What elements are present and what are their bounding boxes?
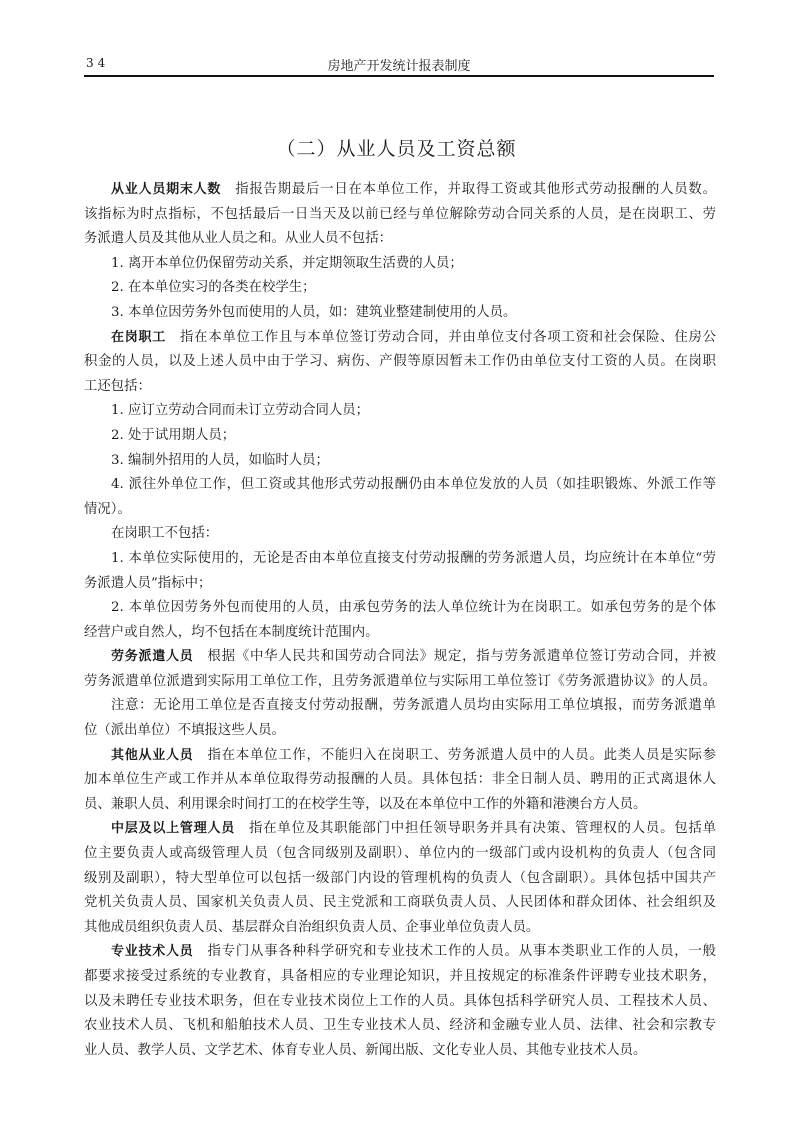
line-text: 1. 应订立劳动合同而未订立劳动合同人员； bbox=[111, 403, 369, 418]
line-text: 指在本单位工作且与本单位签订劳动合同，并由单位支付各项工资和社会保险、住房公 bbox=[180, 330, 716, 345]
text-line: 情况）。 bbox=[84, 498, 716, 523]
line-text: 根据《中华人民共和国劳动合同法》规定，指与劳务派遣单位签订劳动合同，并被 bbox=[208, 649, 716, 664]
text-line: 业人员、教学人员、文学艺术、体育专业人员、新闻出版、文化专业人员、其他专业技术人… bbox=[84, 1039, 716, 1064]
line-text: 工还包括： bbox=[84, 379, 151, 394]
text-line: 该指标为时点指标，不包括最后一日当天及以前已经与单位解除劳动合同关系的人员，是在… bbox=[84, 203, 716, 228]
definition-line: 劳务派遣人员根据《中华人民共和国劳动合同法》规定，指与劳务派遣单位签订劳动合同，… bbox=[84, 645, 716, 670]
line-text: 积金的人员，以及上述人员中由于学习、病伤、产假等原因暂未工作仍由单位支付工资的人… bbox=[84, 354, 716, 369]
text-line: 4. 派往外单位工作，但工资或其他形式劳动报酬仍由本单位发放的人员（如挂职锻炼、… bbox=[84, 473, 716, 498]
definition-line: 其他从业人员指在本单位工作，不能归入在岗职工、劳务派遣人员中的人员。此类人员是实… bbox=[84, 744, 716, 769]
line-text: 情况）。 bbox=[84, 502, 131, 517]
line-text: 以及未聘任专业技术职务，但在专业技术岗位上工作的人员。具体包括科学研究人员、工程… bbox=[84, 994, 716, 1009]
page-header: 34 房地产开发统计报表制度 bbox=[84, 54, 714, 76]
line-text: 业人员、教学人员、文学艺术、体育专业人员、新闻出版、文化专业人员、其他专业技术人… bbox=[84, 1043, 646, 1058]
line-text: 劳务派遣单位派遣到实际用工单位工作，且劳务派遣单位与实际用工单位签订《劳务派遣协… bbox=[84, 674, 716, 689]
text-line: 员、兼职人员、利用课余时间打工的在校学生等，以及在本单位中工作的外籍和港澳台方人… bbox=[84, 793, 716, 818]
line-text: 指专门从事各种科学研究和专业技术工作的人员。从事本类职业工作的人员，一般 bbox=[208, 944, 716, 959]
defined-term: 从业人员期末人数 bbox=[111, 182, 221, 197]
text-line: 在岗职工不包括： bbox=[84, 522, 716, 547]
line-text: 务派遣人员及其他从业人员之和。从业人员不包括： bbox=[84, 231, 392, 246]
line-text: 员、兼职人员、利用课余时间打工的在校学生等，以及在本单位中工作的外籍和港澳台方人… bbox=[84, 797, 646, 812]
definition-line: 从业人员期末人数指报告期最后一日在本单位工作，并取得工资或其他形式劳动报酬的人员… bbox=[84, 178, 716, 203]
line-text: 指报告期最后一日在本单位工作，并取得工资或其他形式劳动报酬的人员数。 bbox=[235, 182, 716, 197]
defined-term: 在岗职工 bbox=[111, 330, 166, 345]
text-line: 以及未聘任专业技术职务，但在专业技术岗位上工作的人员。具体包括科学研究人员、工程… bbox=[84, 990, 716, 1015]
line-text: 该指标为时点指标，不包括最后一日当天及以前已经与单位解除劳动合同关系的人员，是在… bbox=[84, 207, 716, 222]
text-line: 其他成员组织负责人员、基层群众自治组织负责人员、企事业单位负责人员。 bbox=[84, 916, 716, 941]
text-line: 2. 在本单位实习的各类在校学生； bbox=[84, 276, 716, 301]
text-line: 2. 本单位因劳务外包而使用的人员，由承包劳务的法人单位统计为在岗职工。如承包劳… bbox=[84, 596, 716, 621]
text-line: 劳务派遣单位派遣到实际用工单位工作，且劳务派遣单位与实际用工单位签订《劳务派遣协… bbox=[84, 670, 716, 695]
text-line: 2. 处于试用期人员； bbox=[84, 424, 716, 449]
text-line: 级别及副职），特大型单位可以包括一级部门内设的管理机构的负责人（包含副职）。具体… bbox=[84, 867, 716, 892]
line-text: 位（派出单位）不填报这些人员。 bbox=[84, 723, 285, 738]
definition-line: 在岗职工指在本单位工作且与本单位签订劳动合同，并由单位支付各项工资和社会保险、住… bbox=[84, 326, 716, 351]
text-line: 位主要负责人或高级管理人员（包含同级别及副职）、单位内的一级部门或内设机构的负责… bbox=[84, 842, 716, 867]
line-text: 2. 处于试用期人员； bbox=[111, 428, 235, 443]
line-text: 农业技术人员、飞机和船舶技术人员、卫生专业技术人员、经济和金融专业人员、法律、社… bbox=[84, 1018, 716, 1033]
text-line: 1. 本单位实际使用的，无论是否由本单位直接支付劳动报酬的劳务派遣人员，均应统计… bbox=[84, 547, 716, 572]
text-line: 都要求接受过系统的专业教育，具备相应的专业理论知识，并且按规定的标准条件评聘专业… bbox=[84, 965, 716, 990]
running-title: 房地产开发统计报表制度 bbox=[84, 55, 714, 74]
text-line: 农业技术人员、飞机和船舶技术人员、卫生专业技术人员、经济和金融专业人员、法律、社… bbox=[84, 1014, 716, 1039]
text-line: 经营户或自然人，均不包括在本制度统计范围内。 bbox=[84, 621, 716, 646]
line-text: 4. 派往外单位工作，但工资或其他形式劳动报酬仍由本单位发放的人员（如挂职锻炼、… bbox=[111, 477, 716, 492]
line-text: 1. 本单位实际使用的，无论是否由本单位直接支付劳动报酬的劳务派遣人员，均应统计… bbox=[111, 551, 716, 566]
definition-line: 专业技术人员指专门从事各种科学研究和专业技术工作的人员。从事本类职业工作的人员，… bbox=[84, 940, 716, 965]
section-title: （二）从业人员及工资总额 bbox=[0, 134, 793, 161]
line-text: 位主要负责人或高级管理人员（包含同级别及副职）、单位内的一级部门或内设机构的负责… bbox=[84, 846, 716, 861]
line-text: 加本单位生产或工作并从本单位取得劳动报酬的人员。具体包括：非全日制人员、聘用的正… bbox=[84, 772, 716, 787]
text-line: 工还包括： bbox=[84, 375, 716, 400]
text-line: 务派遣人员及其他从业人员之和。从业人员不包括： bbox=[84, 227, 716, 252]
line-text: 都要求接受过系统的专业教育，具备相应的专业理论知识，并且按规定的标准条件评聘专业… bbox=[84, 969, 716, 984]
line-text: 2. 在本单位实习的各类在校学生； bbox=[111, 280, 316, 295]
line-text: 级别及副职），特大型单位可以包括一级部门内设的管理机构的负责人（包含副职）。具体… bbox=[84, 871, 716, 886]
text-line: 位（派出单位）不填报这些人员。 bbox=[84, 719, 716, 744]
text-line: 注意：无论用工单位是否直接支付劳动报酬，劳务派遣人员均由实际用工单位填报，而劳务… bbox=[84, 694, 716, 719]
document-body: 从业人员期末人数指报告期最后一日在本单位工作，并取得工资或其他形式劳动报酬的人员… bbox=[84, 178, 716, 1063]
line-text: 经营户或自然人，均不包括在本制度统计范围内。 bbox=[84, 625, 379, 640]
line-text: 注意：无论用工单位是否直接支付劳动报酬，劳务派遣人员均由实际用工单位填报，而劳务… bbox=[111, 698, 716, 713]
line-text: 党机关负责人员、国家机关负责人员、民主党派和工商联负责人员、人民团体和群众团体、… bbox=[84, 895, 716, 910]
line-text: 3. 本单位因劳务外包而使用的人员，如：建筑业整建制使用的人员。 bbox=[111, 305, 516, 320]
definition-line: 中层及以上管理人员指在单位及其职能部门中担任领导职务并具有决策、管理权的人员。包… bbox=[84, 817, 716, 842]
text-line: 1. 离开本单位仍保留劳动关系，并定期领取生活费的人员； bbox=[84, 252, 716, 277]
defined-term: 专业技术人员 bbox=[111, 944, 194, 959]
text-line: 3. 本单位因劳务外包而使用的人员，如：建筑业整建制使用的人员。 bbox=[84, 301, 716, 326]
line-text: 其他成员组织负责人员、基层群众自治组织负责人员、企事业单位负责人员。 bbox=[84, 920, 539, 935]
line-text: 3. 编制外招用的人员，如临时人员； bbox=[111, 453, 329, 468]
line-text: 指在单位及其职能部门中担任领导职务并具有决策、管理权的人员。包括单 bbox=[249, 821, 716, 836]
line-text: 2. 本单位因劳务外包而使用的人员，由承包劳务的法人单位统计为在岗职工。如承包劳… bbox=[111, 600, 716, 615]
line-text: 在岗职工不包括： bbox=[111, 526, 218, 541]
defined-term: 其他从业人员 bbox=[111, 748, 194, 763]
header-divider bbox=[84, 75, 714, 77]
line-text: 指在本单位工作，不能归入在岗职工、劳务派遣人员中的人员。此类人员是实际参 bbox=[208, 748, 716, 763]
text-line: 务派遣人员”指标中； bbox=[84, 572, 716, 597]
defined-term: 中层及以上管理人员 bbox=[111, 821, 235, 836]
text-line: 加本单位生产或工作并从本单位取得劳动报酬的人员。具体包括：非全日制人员、聘用的正… bbox=[84, 768, 716, 793]
text-line: 积金的人员，以及上述人员中由于学习、病伤、产假等原因暂未工作仍由单位支付工资的人… bbox=[84, 350, 716, 375]
defined-term: 劳务派遣人员 bbox=[111, 649, 194, 664]
line-text: 务派遣人员”指标中； bbox=[84, 576, 211, 591]
text-line: 党机关负责人员、国家机关负责人员、民主党派和工商联负责人员、人民团体和群众团体、… bbox=[84, 891, 716, 916]
text-line: 1. 应订立劳动合同而未订立劳动合同人员； bbox=[84, 399, 716, 424]
line-text: 1. 离开本单位仍保留劳动关系，并定期领取生活费的人员； bbox=[111, 256, 463, 271]
text-line: 3. 编制外招用的人员，如临时人员； bbox=[84, 449, 716, 474]
